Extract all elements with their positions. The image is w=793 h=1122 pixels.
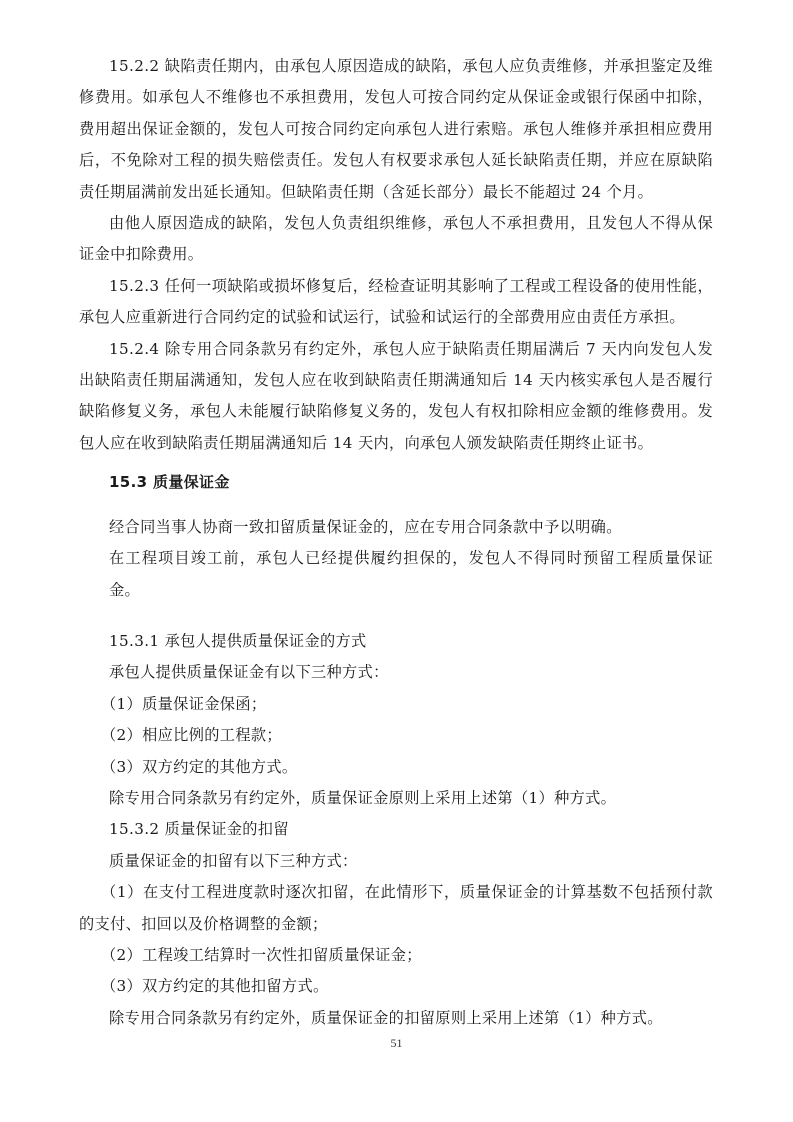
list-item-15-3-1-2: （2）相应比例的工程款； — [79, 720, 713, 751]
spacer — [79, 606, 713, 626]
paragraph-15-2-3: 15.2.3 任何一项缺陷或损坏修复后，经检查证明其影响了工程或工程设备的使用性… — [79, 271, 713, 334]
page-number: 51 — [0, 1036, 793, 1051]
subsection-title-15-3-2: 15.3.2 质量保证金的扣留 — [79, 814, 713, 845]
paragraph-other-party-defects: 由他人原因造成的缺陷，发包人负责组织维修，承包人不承担费用，且发包人不得从保证金… — [79, 208, 713, 271]
paragraph-15-3-2-closing: 除专用合同条款另有约定外，质量保证金的扣留原则上采用上述第（1）种方式。 — [79, 1003, 713, 1034]
paragraph-15-2-2: 15.2.2 缺陷责任期内，由承包人原因造成的缺陷，承包人应负责维修，并承担鉴定… — [79, 51, 713, 208]
paragraph-15-3-intro-2: 在工程项目竣工前，承包人已经提供履约担保的，发包人不得同时预留工程质量保证金。 — [79, 543, 713, 606]
section-heading-15-3: 15.3 质量保证金 — [79, 467, 713, 498]
list-item-15-3-2-1: （1）在支付工程进度款时逐次扣留，在此情形下，质量保证金的计算基数不包括预付款的… — [79, 877, 713, 940]
paragraph-15-3-2-lead: 质量保证金的扣留有以下三种方式： — [79, 846, 713, 877]
document-page: 15.2.2 缺陷责任期内，由承包人原因造成的缺陷，承包人应负责维修，并承担鉴定… — [0, 0, 793, 1122]
paragraph-15-3-intro-1: 经合同当事人协商一致扣留质量保证金的，应在专用合同条款中予以明确。 — [79, 512, 713, 543]
page-body: 15.2.2 缺陷责任期内，由承包人原因造成的缺陷，承包人应负责维修，并承担鉴定… — [79, 51, 713, 1034]
list-item-15-3-2-2: （2）工程竣工结算时一次性扣留质量保证金； — [79, 940, 713, 971]
list-item-15-3-1-3: （3）双方约定的其他方式。 — [79, 752, 713, 783]
paragraph-15-3-1-lead: 承包人提供质量保证金有以下三种方式： — [79, 657, 713, 688]
list-item-15-3-2-3: （3）双方约定的其他扣留方式。 — [79, 971, 713, 1002]
paragraph-15-2-4: 15.2.4 除专用合同条款另有约定外，承包人应于缺陷责任期届满后 7 天内向发… — [79, 334, 713, 460]
paragraph-15-3-1-closing: 除专用合同条款另有约定外，质量保证金原则上采用上述第（1）种方式。 — [79, 783, 713, 814]
list-item-15-3-1-1: （1）质量保证金保函； — [79, 689, 713, 720]
subsection-title-15-3-1: 15.3.1 承包人提供质量保证金的方式 — [79, 626, 713, 657]
